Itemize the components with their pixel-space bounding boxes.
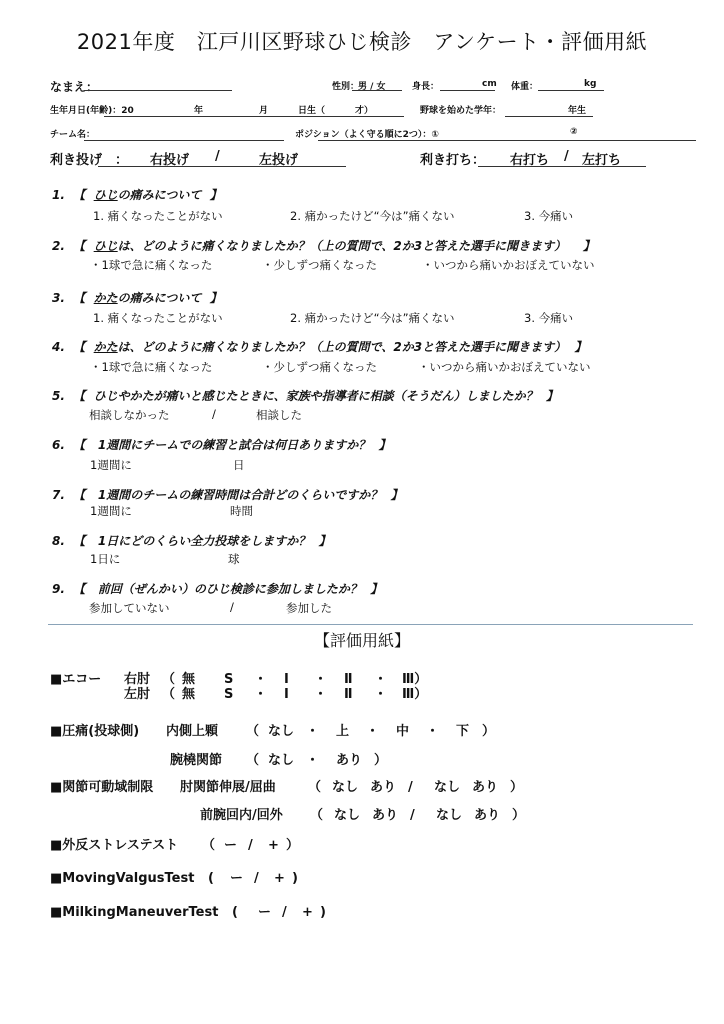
start-grade-label: 野球を始めた学年： <box>420 103 501 116</box>
height-label: 身長： <box>412 79 439 92</box>
slash: / <box>282 905 302 920</box>
bracket-open: 【 <box>73 188 85 202</box>
q9-separator: / <box>230 600 234 614</box>
echo-option-3[interactable]: Ⅲ） <box>402 683 427 702</box>
dot: ・ <box>314 683 344 702</box>
q9-answer-1[interactable]: 参加していない <box>89 600 170 616</box>
paren: ( <box>208 871 230 886</box>
echo-option-none[interactable]: 無 <box>182 683 224 702</box>
q4-answer-2[interactable]: ・少しずつ痛くなった <box>262 359 377 375</box>
bat-left-option[interactable]: 左打ち <box>582 149 621 168</box>
bat-separator: / <box>564 149 569 164</box>
slash: / <box>408 780 434 795</box>
q2-answer-1[interactable]: ・1球で急に痛くなった <box>90 257 212 273</box>
bracket-close: 】 <box>210 188 222 202</box>
dot: ・ <box>306 720 336 739</box>
dot: ・ <box>426 720 456 739</box>
q8-answer-unit: 球 <box>228 551 240 567</box>
question-text: 1週間のチームの練習時間は合計どのくらいですか？ <box>98 488 382 502</box>
q5-separator: / <box>212 407 216 421</box>
throw-field-line <box>98 166 346 167</box>
q3-answer-3[interactable]: 3. 今痛い <box>524 310 573 326</box>
height-field[interactable] <box>440 90 495 91</box>
q2-answer-2[interactable]: ・少しずつ痛くなった <box>262 257 377 273</box>
question-number: 7. <box>52 488 65 502</box>
question-7: 7. 【 1週間のチームの練習時間は合計どのくらいですか？ 】 <box>52 486 403 503</box>
throw-left-option[interactable]: 左投げ <box>259 149 298 168</box>
option-present[interactable]: あり <box>370 776 408 795</box>
option-negative[interactable]: ー <box>258 901 282 920</box>
bracket-close: 】 <box>583 239 595 253</box>
q1-answer-2[interactable]: 2. 痛かったけど“今は”痛くない <box>290 208 455 224</box>
paren: （ <box>202 834 224 853</box>
paren: ( <box>232 905 258 920</box>
question-underlined-term: かた <box>94 291 118 305</box>
slash: / <box>248 838 268 853</box>
option-negative[interactable]: ー <box>230 867 254 886</box>
height-unit: cm <box>482 79 497 89</box>
dot: ・ <box>374 683 402 702</box>
slash: / <box>254 871 274 886</box>
option-none[interactable]: なし <box>436 804 474 823</box>
dot: ・ <box>306 749 336 768</box>
option-none[interactable]: なし <box>332 776 370 795</box>
option-present[interactable]: あり <box>474 804 512 823</box>
q6-answer-unit: 日 <box>233 457 245 473</box>
echo-label: ■エコー <box>50 668 101 687</box>
paren: ） <box>286 834 299 853</box>
bracket-open: 【 <box>73 438 85 452</box>
bracket-open: 【 <box>73 488 85 502</box>
start-grade-unit: 年生 <box>568 103 586 116</box>
paren: ） <box>512 804 525 823</box>
rom-elbow-ext-flex: 肘関節伸展/屈曲（なしあり/なしあり） <box>180 776 523 795</box>
weight-label: 体重： <box>511 79 538 92</box>
side-label: 左肘 <box>124 683 162 702</box>
birth-label: 生年月日(年齢)：20 <box>50 103 134 116</box>
question-number: 8. <box>52 534 65 548</box>
bracket-close: 】 <box>575 340 587 354</box>
tenderness-medial-epicondyle: 内側上顆（なし・上・中・下） <box>166 720 495 739</box>
question-text: は、どのように痛くなりましたか？（上の質問で、2か3と答えた選手に聞きます） <box>118 239 566 253</box>
q7-answer-prefix: 1週間に <box>90 503 132 519</box>
paren: （ <box>308 776 332 795</box>
q2-answer-3[interactable]: ・いつから痛いかおぼえていない <box>422 257 595 273</box>
option-present[interactable]: あり <box>336 749 374 768</box>
site-label: 腕橈関節 <box>170 749 246 768</box>
question-8: 8. 【 1日にどのくらい全力投球をしますか？ 】 <box>52 532 331 549</box>
page-title: 2021年度 江戸川区野球ひじ検診 アンケート・評価用紙 <box>0 26 724 56</box>
weight-unit: kg <box>584 79 596 89</box>
team-label: チーム名： <box>50 127 95 140</box>
q4-answer-3[interactable]: ・いつから痛いかおぼえていない <box>418 359 591 375</box>
question-9: 9. 【 前回（ぜんかい）のひじ検診に参加しましたか？ 】 <box>52 580 382 597</box>
weight-field[interactable] <box>538 90 604 91</box>
bracket-open: 【 <box>73 389 85 403</box>
position-field[interactable] <box>318 140 696 141</box>
q1-answer-3[interactable]: 3. 今痛い <box>524 208 573 224</box>
age-unit: 才） <box>355 103 373 116</box>
option-negative[interactable]: ー <box>224 834 248 853</box>
bracket-open: 【 <box>73 291 85 305</box>
question-number: 5. <box>52 389 65 403</box>
position-label: ポジション（よく守る順に2つ）：① <box>295 127 439 140</box>
site-label: 前腕回内/回外 <box>200 804 310 823</box>
section-divider <box>48 624 693 625</box>
option-upper[interactable]: 上 <box>336 720 366 739</box>
option-positive[interactable]: + <box>274 871 292 886</box>
start-grade-field[interactable] <box>505 116 593 117</box>
question-3: 3. 【 かたの痛みについて 】 <box>52 289 222 306</box>
bracket-close: 】 <box>210 291 222 305</box>
rom-forearm-pron-sup: 前腕回内/回外（なしあり/なしあり） <box>200 804 525 823</box>
birth-day-unit: 日生（ <box>298 103 325 116</box>
q6-answer-prefix: 1週間に <box>90 457 132 473</box>
echo-option-s[interactable]: S <box>224 687 254 702</box>
bracket-open: 【 <box>73 582 85 596</box>
paren: ） <box>510 776 523 795</box>
option-lower[interactable]: 下 <box>456 720 482 739</box>
question-number: 1. <box>52 188 65 202</box>
moving-valgus-test: ■MovingValgusTest(ー/+) <box>50 867 298 886</box>
bracket-open: 【 <box>73 340 85 354</box>
question-text: ひじやかたが痛いと感じたときに、家族や指導者に相談（そうだん）しましたか？ <box>94 389 538 403</box>
q4-answer-1[interactable]: ・1球で急に痛くなった <box>90 359 212 375</box>
dot: ・ <box>366 720 396 739</box>
paren: ） <box>482 720 495 739</box>
tenderness-radiocapitellar: 腕橈関節（なし・あり） <box>170 749 387 768</box>
bracket-close: 】 <box>319 534 331 548</box>
bat-label: 利き打ち： <box>420 149 485 168</box>
name-label: なまえ： <box>50 78 98 95</box>
birth-field[interactable] <box>104 116 284 117</box>
q8-answer-prefix: 1日に <box>90 551 120 567</box>
question-1: 1. 【 ひじの痛みについて 】 <box>52 186 222 203</box>
echo-left-elbow: 左肘（無S・Ⅰ・Ⅱ・Ⅲ） <box>124 683 427 702</box>
site-label: 肘関節伸展/屈曲 <box>180 776 308 795</box>
paren: ) <box>292 871 298 886</box>
evaluation-title: 【評価用紙】 <box>0 628 724 651</box>
option-none[interactable]: なし <box>434 776 472 795</box>
option-none[interactable]: なし <box>268 720 306 739</box>
milking-maneuver-test: ■MilkingManeuverTest(ー/+) <box>50 901 326 920</box>
question-number: 3. <box>52 291 65 305</box>
paren: （ <box>246 720 268 739</box>
team-field[interactable] <box>84 140 284 141</box>
paren: （ <box>310 804 334 823</box>
question-text: は、どのように痛くなりましたか？（上の質問で、2か3と答えた選手に聞きます） <box>118 340 566 354</box>
sex-field-line <box>352 90 402 91</box>
question-number: 6. <box>52 438 65 452</box>
echo-option-1[interactable]: Ⅰ <box>284 687 314 702</box>
birth-month-unit: 月 <box>259 103 268 116</box>
q7-answer-unit: 時間 <box>230 503 253 519</box>
question-number: 2. <box>52 239 65 253</box>
option-none[interactable]: なし <box>268 749 306 768</box>
throw-right-option[interactable]: 右投げ <box>150 149 189 168</box>
question-underlined-term: ひじ <box>94 188 118 202</box>
question-text: 1日にどのくらい全力投球をしますか？ <box>98 534 310 548</box>
question-2: 2. 【 ひじは、どのように痛くなりましたか？（上の質問で、2か3と答えた選手に… <box>52 237 595 254</box>
bracket-close: 】 <box>391 488 403 502</box>
test-label: ■MilkingManeuverTest <box>50 905 232 920</box>
bracket-close: 】 <box>546 389 558 403</box>
q5-answer-2[interactable]: 相談した <box>256 407 302 423</box>
q5-answer-1[interactable]: 相談しなかった <box>89 407 170 423</box>
paren: （ <box>162 683 182 702</box>
question-text: 1週間にチームでの練習と試合は何日ありますか？ <box>98 438 370 452</box>
question-text: の痛みについて <box>118 188 202 202</box>
throw-separator: / <box>215 149 220 164</box>
paren: ） <box>374 749 387 768</box>
slash: / <box>410 808 436 823</box>
question-underlined-term: かた <box>94 340 118 354</box>
valgus-stress-test: ■外反ストレステスト（ー/+） <box>50 834 299 853</box>
option-present[interactable]: あり <box>372 804 410 823</box>
echo-option-2[interactable]: Ⅱ <box>344 687 374 702</box>
test-label: ■MovingValgusTest <box>50 871 208 886</box>
question-5: 5. 【 ひじやかたが痛いと感じたときに、家族や指導者に相談（そうだん）しました… <box>52 387 558 404</box>
tenderness-label: ■圧痛(投球側) <box>50 720 139 739</box>
option-positive[interactable]: + <box>302 905 320 920</box>
q1-answer-1[interactable]: 1. 痛くなったことがない <box>93 208 223 224</box>
bracket-close: 】 <box>379 438 391 452</box>
question-number: 9. <box>52 582 65 596</box>
option-positive[interactable]: + <box>268 838 286 853</box>
age-field[interactable] <box>284 116 404 117</box>
question-text: の痛みについて <box>118 291 202 305</box>
paren: （ <box>246 749 268 768</box>
position-2-marker: ② <box>570 127 578 137</box>
option-middle[interactable]: 中 <box>396 720 426 739</box>
bracket-open: 【 <box>73 239 85 253</box>
option-present[interactable]: あり <box>472 776 510 795</box>
paren: ) <box>320 905 326 920</box>
bracket-close: 】 <box>370 582 382 596</box>
q3-answer-1[interactable]: 1. 痛くなったことがない <box>93 310 223 326</box>
q9-answer-2[interactable]: 参加した <box>286 600 332 616</box>
name-field[interactable] <box>84 90 232 91</box>
rom-label: ■関節可動域制限 <box>50 776 153 795</box>
question-6: 6. 【 1週間にチームでの練習と試合は何日ありますか？ 】 <box>52 436 391 453</box>
bracket-open: 【 <box>73 534 85 548</box>
question-number: 4. <box>52 340 65 354</box>
option-none[interactable]: なし <box>334 804 372 823</box>
question-text: 前回（ぜんかい）のひじ検診に参加しましたか？ <box>98 582 362 596</box>
question-4: 4. 【 かたは、どのように痛くなりましたか？（上の質問で、2か3と答えた選手に… <box>52 338 587 355</box>
site-label: 内側上顆 <box>166 720 246 739</box>
dot: ・ <box>254 683 284 702</box>
q3-answer-2[interactable]: 2. 痛かったけど“今は”痛くない <box>290 310 455 326</box>
test-label: ■外反ストレステスト <box>50 834 202 853</box>
bat-right-option[interactable]: 右打ち <box>510 149 549 168</box>
birth-year-unit: 年 <box>194 103 203 116</box>
question-underlined-term: ひじ <box>94 239 118 253</box>
